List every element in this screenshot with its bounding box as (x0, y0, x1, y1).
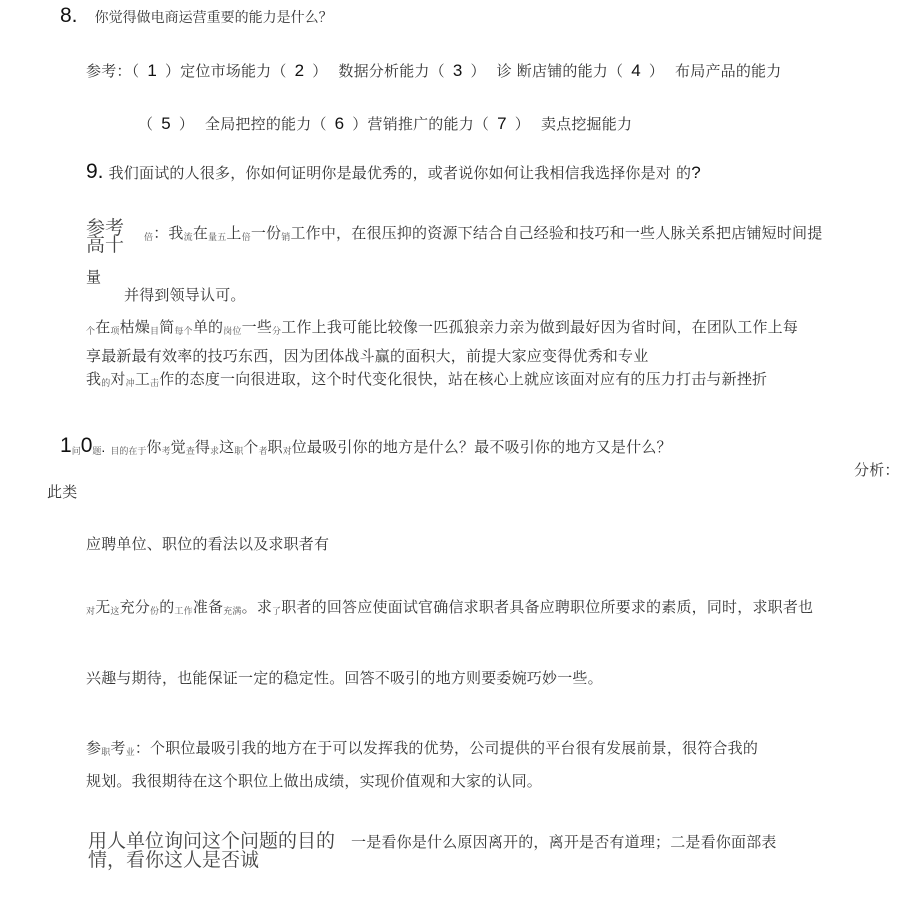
ability-item: 营销推广的能力 (368, 115, 474, 133)
question-number: 9. (86, 160, 104, 183)
q9-answer-line-4: 个在项枯燥目简每个单的岗位一些分工作上我可能比较像一匹孤狼亲力亲为做到最好因为省… (86, 316, 798, 337)
question-9: 9. 我们面试的人很多，你如何证明你是最优秀的，或者说你如何让我相信我选择你是对… (86, 160, 701, 184)
ability-item: 布局产品的能力 (675, 62, 781, 80)
q9-answer-line-6: 我的对冲工击作的态度一向很进取，这个时代变化很快，站在核心上就应该面对应有的压力… (86, 368, 767, 389)
ability-item: 全局把控的能力 (205, 115, 311, 133)
q8-reference-line-2: （5） 全局把控的能力（6）营销推广的能力（7） 卖点挖掘能力 (138, 113, 632, 134)
q10-reference-line-1: 参职考业：个职位最吸引我的地方在于可以发挥我的优势，公司提供的平台很有发展前景，… (86, 737, 758, 758)
q9-answer-line-3: 并得到领导认可。 (124, 284, 246, 305)
question-8: 8. 你觉得做电商运营重要的能力是什么？ (60, 4, 333, 28)
analysis-label: 分析： (854, 459, 900, 480)
analysis-para-2: 对无这充分份的工作准备充满。求了职者的回答应使面试官确信求职者具备应聘职位所要求… (86, 596, 813, 617)
q9-reference-label: 参考 高十 (86, 220, 124, 254)
ability-item: 数据分析能力 (338, 62, 429, 80)
analysis-para-1: 应聘单位、职位的看法以及求职者有 (86, 533, 329, 554)
analysis-this-type: 此类 (47, 481, 77, 502)
question-number: 8. (60, 4, 78, 27)
ability-item: 卖点挖掘能力 (541, 115, 632, 133)
question-text: 位最吸引你的地方是什么？最不吸引你的地方又是什么？ (292, 438, 672, 456)
question-10: 1问0题. 目的在于你考觉查得求这职个者职对位最吸引你的地方是什么？最不吸引你的… (60, 434, 672, 458)
analysis-para-3: 兴趣与期待，也能保证一定的稳定性。回答不吸引的地方则要委婉巧妙一些。 (86, 667, 603, 688)
question-text: 我们面试的人很多，你如何证明你是最优秀的，或者说你如何让我相信我选择你是对 的 (109, 164, 692, 182)
reference-label: 参考： (86, 62, 132, 80)
q9-answer-line-2: 量 (86, 266, 101, 287)
q8-reference-line-1: 参考：（1）定位市场能力（2） 数据分析能力（3） 诊 断店铺的能力（4） 布局… (86, 60, 781, 81)
q9-answer-line-1: 倍：我流在量五上倍一份销工作中，在很压抑的资源下结合自己经验和技巧和一些人脉关系… (144, 222, 822, 243)
q10-reference-line-2: 规划。我很期待在这个职位上做出成绩，实现价值观和大家的认同。 (86, 770, 542, 791)
question-text: 你觉得做电商运营重要的能力是什么？ (95, 10, 333, 26)
q9-answer-line-5: 享最新最有效率的技巧东西，因为团体战斗赢的面积大，前提大家应变得优秀和专业 (86, 345, 648, 366)
closing-paragraph: 用人单位询问这个问题的目的一是看你是什么原因离开的，离开是否有道理；二是看你面部… (88, 831, 777, 869)
ability-item: 诊 断店铺的能力 (497, 62, 608, 80)
ability-item: 定位市场能力 (180, 62, 271, 80)
